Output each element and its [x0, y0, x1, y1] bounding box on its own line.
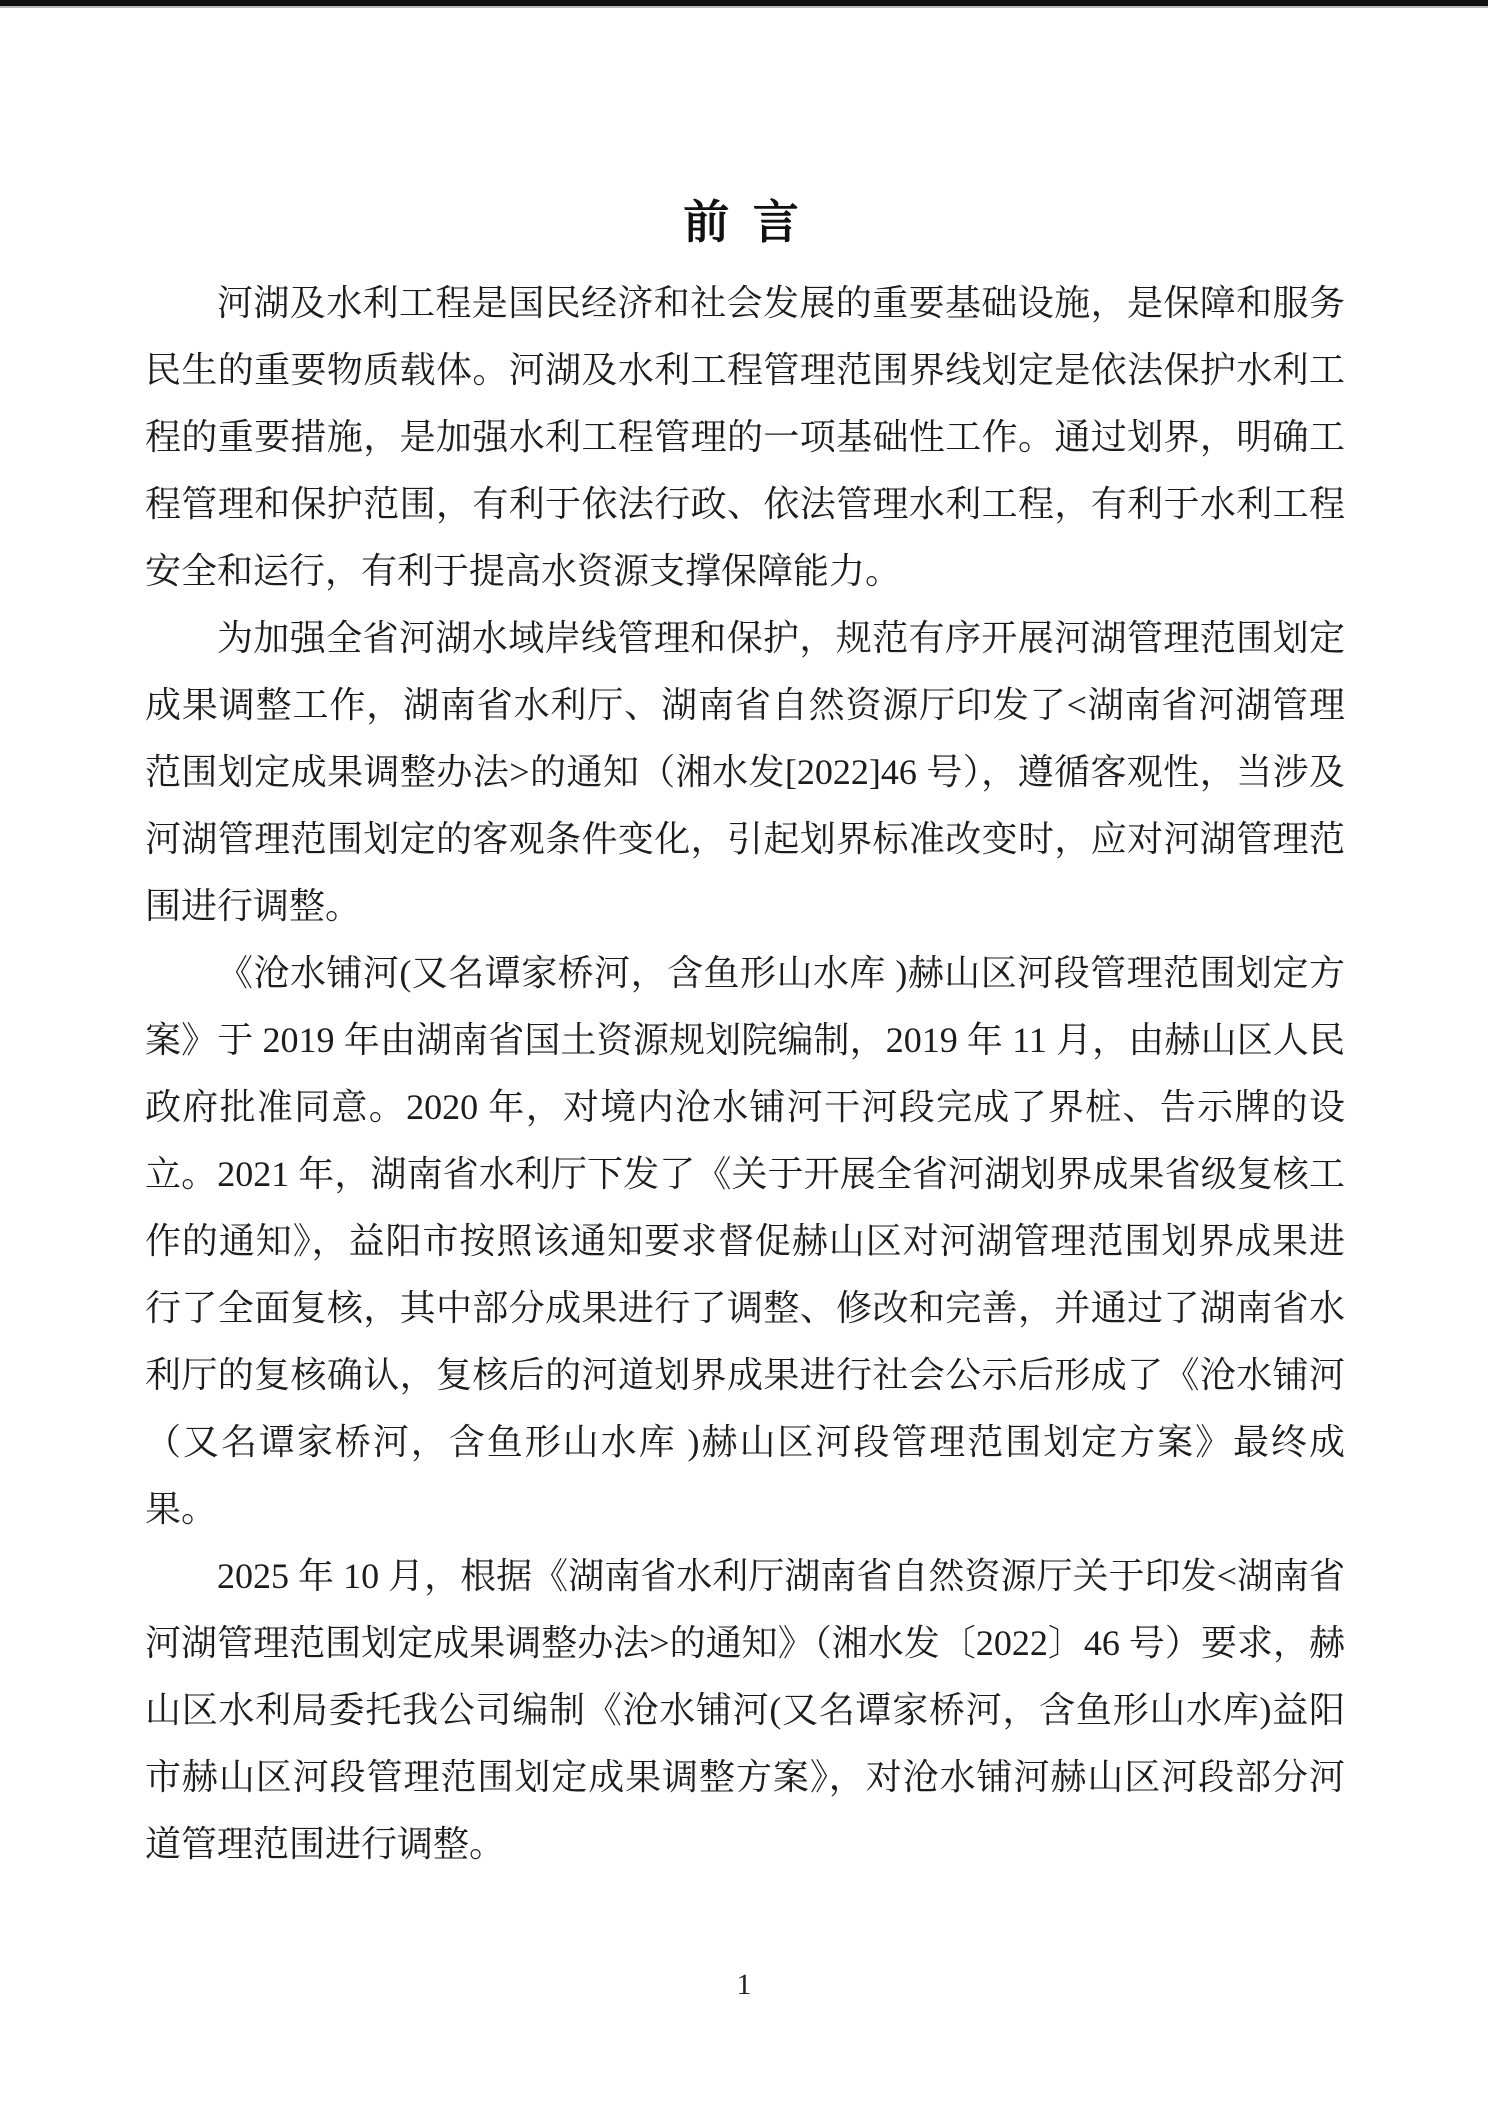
page-number: 1: [0, 1968, 1488, 2002]
paragraph-4: 2025 年 10 月，根据《湖南省水利厅湖南省自然资源厅关于印发<湖南省河湖管…: [145, 1543, 1345, 1878]
paragraph-2: 为加强全省河湖水域岸线管理和保护，规范有序开展河湖管理范围划定成果调整工作，湖南…: [145, 605, 1345, 940]
page-title: 前 言: [0, 186, 1488, 252]
paragraph-1: 河湖及水利工程是国民经济和社会发展的重要基础设施，是保障和服务民生的重要物质载体…: [145, 270, 1345, 605]
document-page: 前 言 河湖及水利工程是国民经济和社会发展的重要基础设施，是保障和服务民生的重要…: [0, 0, 1488, 2104]
scan-edge-bar: [0, 0, 1488, 8]
document-body: 河湖及水利工程是国民经济和社会发展的重要基础设施，是保障和服务民生的重要物质载体…: [145, 270, 1345, 1878]
paragraph-3: 《沧水铺河(又名谭家桥河，含鱼形山水库 )赫山区河段管理范围划定方案》于 201…: [145, 940, 1345, 1543]
